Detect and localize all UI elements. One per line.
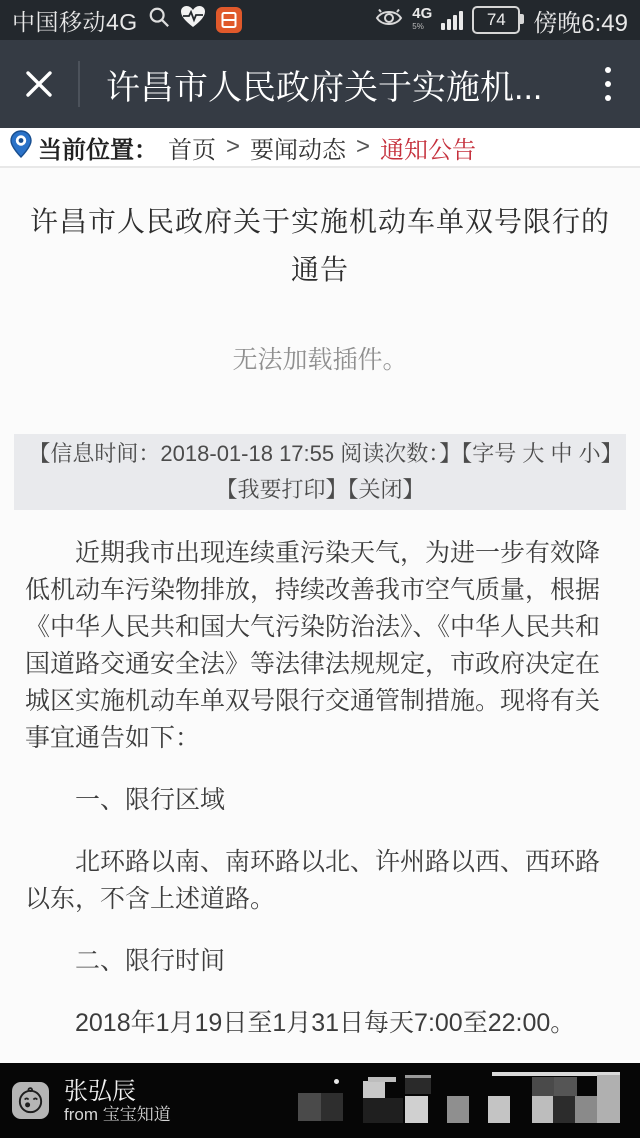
- header-divider: [78, 61, 80, 107]
- overflow-menu-icon[interactable]: [576, 67, 640, 101]
- status-bar: 中国移动4G 4G5% 74 傍晚6:49: [0, 0, 640, 40]
- article-content: 近期我市出现连续重污染天气，为进一步有效降低机动车污染物排放，持续改善我市空气质…: [25, 535, 615, 1063]
- article-body: 许昌市人民政府关于实施机动车单双号限行的通告 无法加载插件。 【信息时间：201…: [0, 168, 640, 1063]
- breadcrumb-separator: >: [356, 133, 370, 161]
- breadcrumb: 当前位置： 首页 > 要闻动态 > 通知公告: [0, 128, 640, 168]
- close-button[interactable]: [0, 67, 78, 101]
- footer-watermark-bar: 张弘辰 from 宝宝知道: [0, 1063, 640, 1138]
- breadcrumb-separator: >: [226, 133, 240, 161]
- clock-label: 傍晚6:49: [533, 3, 628, 38]
- close-icon: [22, 67, 56, 101]
- eye-protection-icon: [375, 5, 403, 35]
- article-title: 许昌市人民政府关于实施机动车单双号限行的通告: [18, 198, 622, 294]
- news-app-icon: [216, 7, 242, 33]
- status-bar-right: 4G5% 74 傍晚6:49: [375, 3, 628, 38]
- censored-mosaic: [0, 1063, 640, 1138]
- carrier-label: 中国移动4G: [12, 4, 138, 37]
- breadcrumb-home-link[interactable]: 首页: [168, 130, 216, 165]
- breadcrumb-current[interactable]: 通知公告: [380, 130, 476, 165]
- article-paragraph: 近期我市出现连续重污染天气，为进一步有效降低机动车污染物排放，持续改善我市空气质…: [25, 535, 615, 757]
- article-paragraph: 2018年1月19日至1月31日每天7:00至22:00。: [25, 1005, 615, 1042]
- signal-strength-icon: [441, 10, 463, 30]
- battery-icon: 74: [472, 6, 520, 34]
- breadcrumb-news-link[interactable]: 要闻动态: [250, 130, 346, 165]
- network-type-label: 4G5%: [412, 7, 432, 33]
- plugin-error-message: 无法加载插件。: [0, 340, 640, 376]
- article-info-bar[interactable]: 【信息时间：2018-01-18 17:55 阅读次数：】【字号 大 中 小】【…: [14, 434, 626, 510]
- location-pin-icon: [10, 130, 32, 165]
- search-icon: [148, 6, 170, 34]
- status-bar-left: 中国移动4G: [12, 4, 242, 37]
- article-paragraph: 北环路以南、南环路以北、许州路以西、西环路以东，不含上述道路。: [25, 844, 615, 918]
- breadcrumb-label: 当前位置：: [38, 130, 158, 165]
- page-title-truncated: 许昌市人民政府关于实施机...: [106, 60, 576, 109]
- browser-header: 许昌市人民政府关于实施机...: [0, 40, 640, 128]
- article-paragraph: 二、限行时间: [25, 943, 615, 980]
- heart-pulse-icon: [180, 5, 206, 35]
- article-paragraph: 一、限行区域: [25, 782, 615, 819]
- battery-level: 74: [487, 10, 506, 30]
